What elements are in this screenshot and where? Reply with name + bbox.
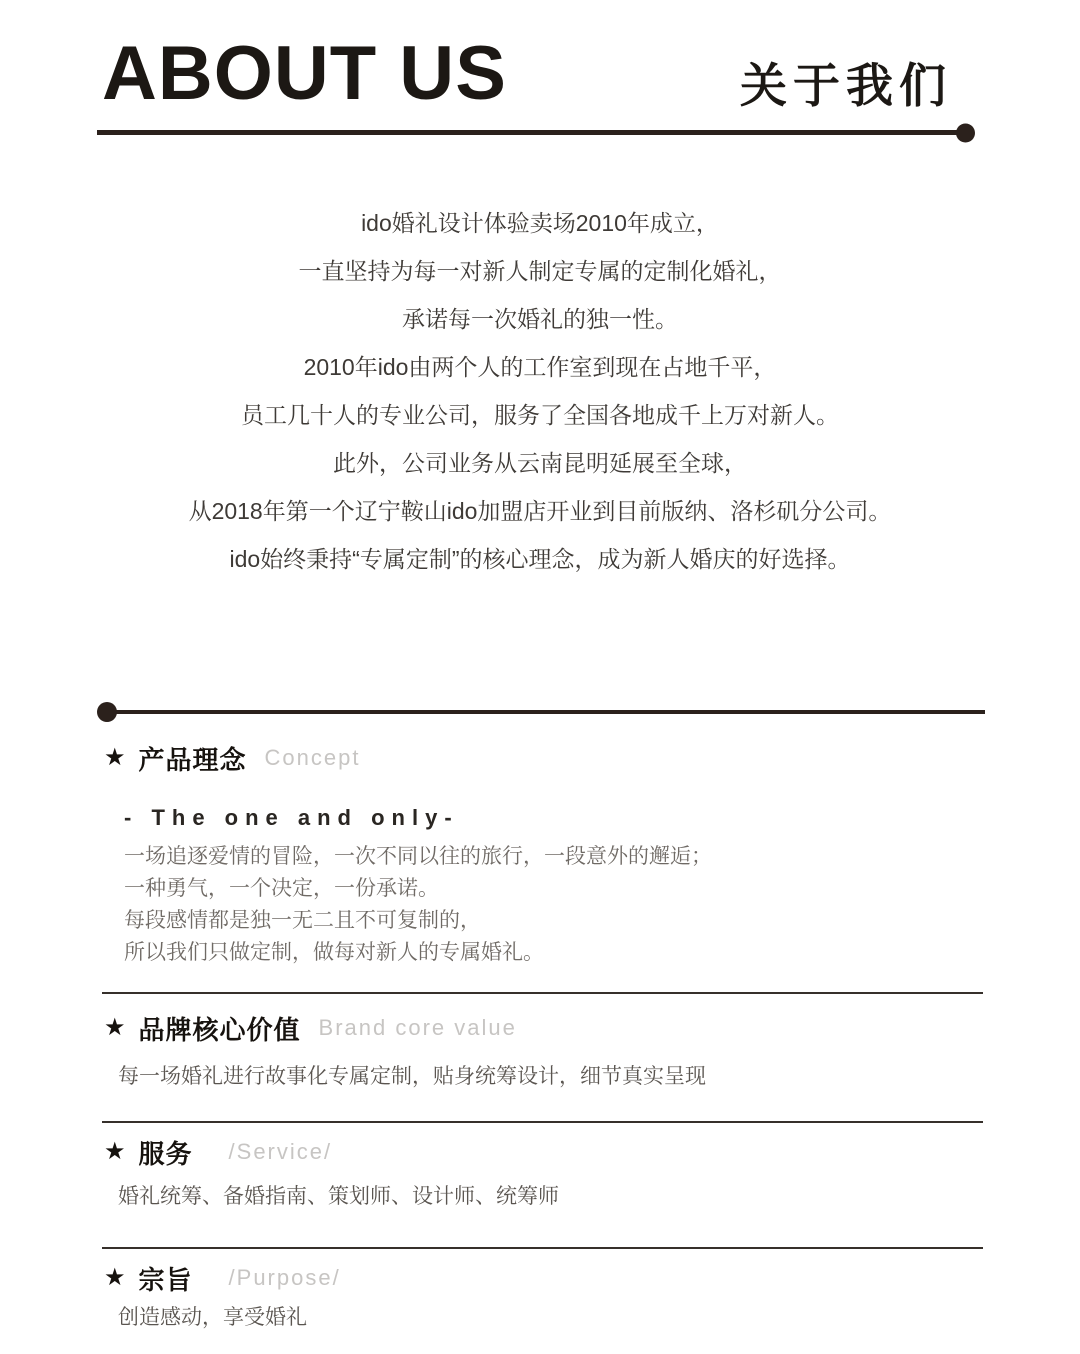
star-icon: ★ (104, 1266, 126, 1290)
concept-slogan: - The one and only- (124, 803, 459, 833)
concept-paragraph: 一场追逐爱情的冒险，一次不同以往的旅行，一段意外的邂逅； 一种勇气，一个决定，一… (124, 841, 712, 969)
brand-value-text: 每一场婚礼进行故事化专属定制，贴身统筹设计，细节真实呈现 (118, 1062, 706, 1092)
page-title-english: ABOUT US (102, 32, 507, 116)
section-divider-rule (102, 992, 983, 994)
section-header-concept: ★ 产品理念 Concept (104, 741, 360, 775)
header-rule (97, 130, 959, 135)
intro-line: ido始终秉持“专属定制”的核心理念，成为新人婚庆的好选择。 (0, 535, 1080, 583)
intro-line: 此外，公司业务从云南昆明延展至全球， (0, 439, 1080, 487)
concept-line: 一场追逐爱情的冒险，一次不同以往的旅行，一段意外的邂逅； (124, 841, 712, 873)
star-icon: ★ (104, 1016, 126, 1040)
page-title-chinese: 关于我们 (740, 58, 952, 114)
intro-line: 2010年ido由两个人的工作室到现在占地千平， (0, 343, 1080, 391)
section-header-purpose: ★ 宗旨 /Purpose/ (104, 1261, 341, 1295)
section-title-english: /Purpose/ (229, 1265, 341, 1291)
section-divider-rule (102, 1121, 983, 1123)
section-title-english: Brand core value (319, 1015, 517, 1041)
concept-line: 一种勇气，一个决定，一份承诺。 (124, 873, 712, 905)
section-divider-rule (107, 710, 985, 714)
intro-line: 承诺每一次婚礼的独一性。 (0, 295, 1080, 343)
about-us-page: ABOUT US 关于我们 ido婚礼设计体验卖场2010年成立， 一直坚持为每… (0, 0, 1080, 1354)
section-header-brand: ★ 品牌核心价值 Brand core value (104, 1011, 517, 1045)
star-icon: ★ (104, 746, 126, 770)
purpose-text: 创造感动，享受婚礼 (118, 1303, 307, 1333)
section-title-chinese: 品牌核心价值 (139, 1010, 301, 1047)
concept-line: 每段感情都是独一无二且不可复制的， (124, 905, 712, 937)
intro-line: 一直坚持为每一对新人制定专属的定制化婚礼， (0, 247, 1080, 295)
section-title-chinese: 服务 (139, 1134, 193, 1171)
section-title-chinese: 宗旨 (139, 1260, 193, 1297)
section-header-service: ★ 服务 /Service/ (104, 1135, 332, 1169)
concept-line: 所以我们只做定制，做每对新人的专属婚礼。 (124, 937, 712, 969)
section-title-english: Concept (265, 745, 361, 771)
company-intro: ido婚礼设计体验卖场2010年成立， 一直坚持为每一对新人制定专属的定制化婚礼… (0, 199, 1080, 583)
section-divider-rule (102, 1247, 983, 1249)
rule-endpoint-dot (97, 702, 117, 722)
intro-line: 员工几十人的专业公司，服务了全国各地成千上万对新人。 (0, 391, 1080, 439)
section-title-chinese: 产品理念 (139, 740, 247, 777)
intro-line: 从2018年第一个辽宁鞍山ido加盟店开业到目前版纳、洛杉矶分公司。 (0, 487, 1080, 535)
intro-line: ido婚礼设计体验卖场2010年成立， (0, 199, 1080, 247)
section-title-english: /Service/ (229, 1139, 333, 1165)
rule-endpoint-dot (956, 123, 975, 142)
star-icon: ★ (104, 1140, 126, 1164)
service-list-text: 婚礼统筹、备婚指南、策划师、设计师、统筹师 (118, 1182, 559, 1212)
